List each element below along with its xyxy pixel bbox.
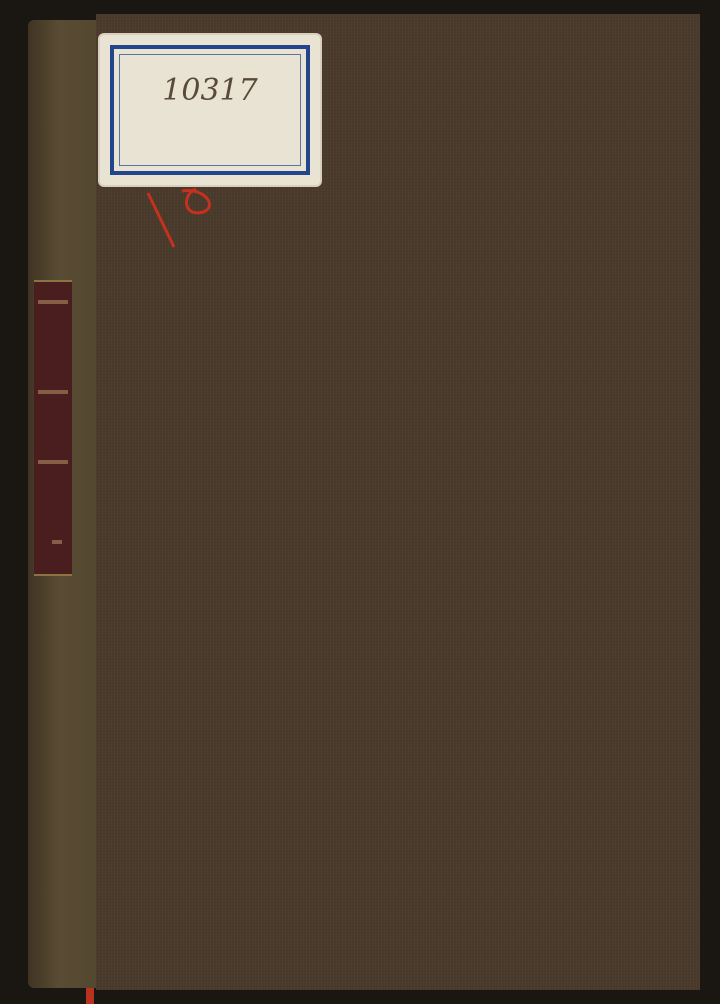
label-frame bbox=[110, 45, 310, 175]
spine-title-label bbox=[34, 280, 72, 576]
catalog-number: 10317 bbox=[100, 73, 320, 108]
red-bookmark-ribbon bbox=[86, 988, 94, 1004]
red-pencil-mark bbox=[138, 185, 218, 255]
catalog-label: 10317 bbox=[100, 35, 320, 185]
